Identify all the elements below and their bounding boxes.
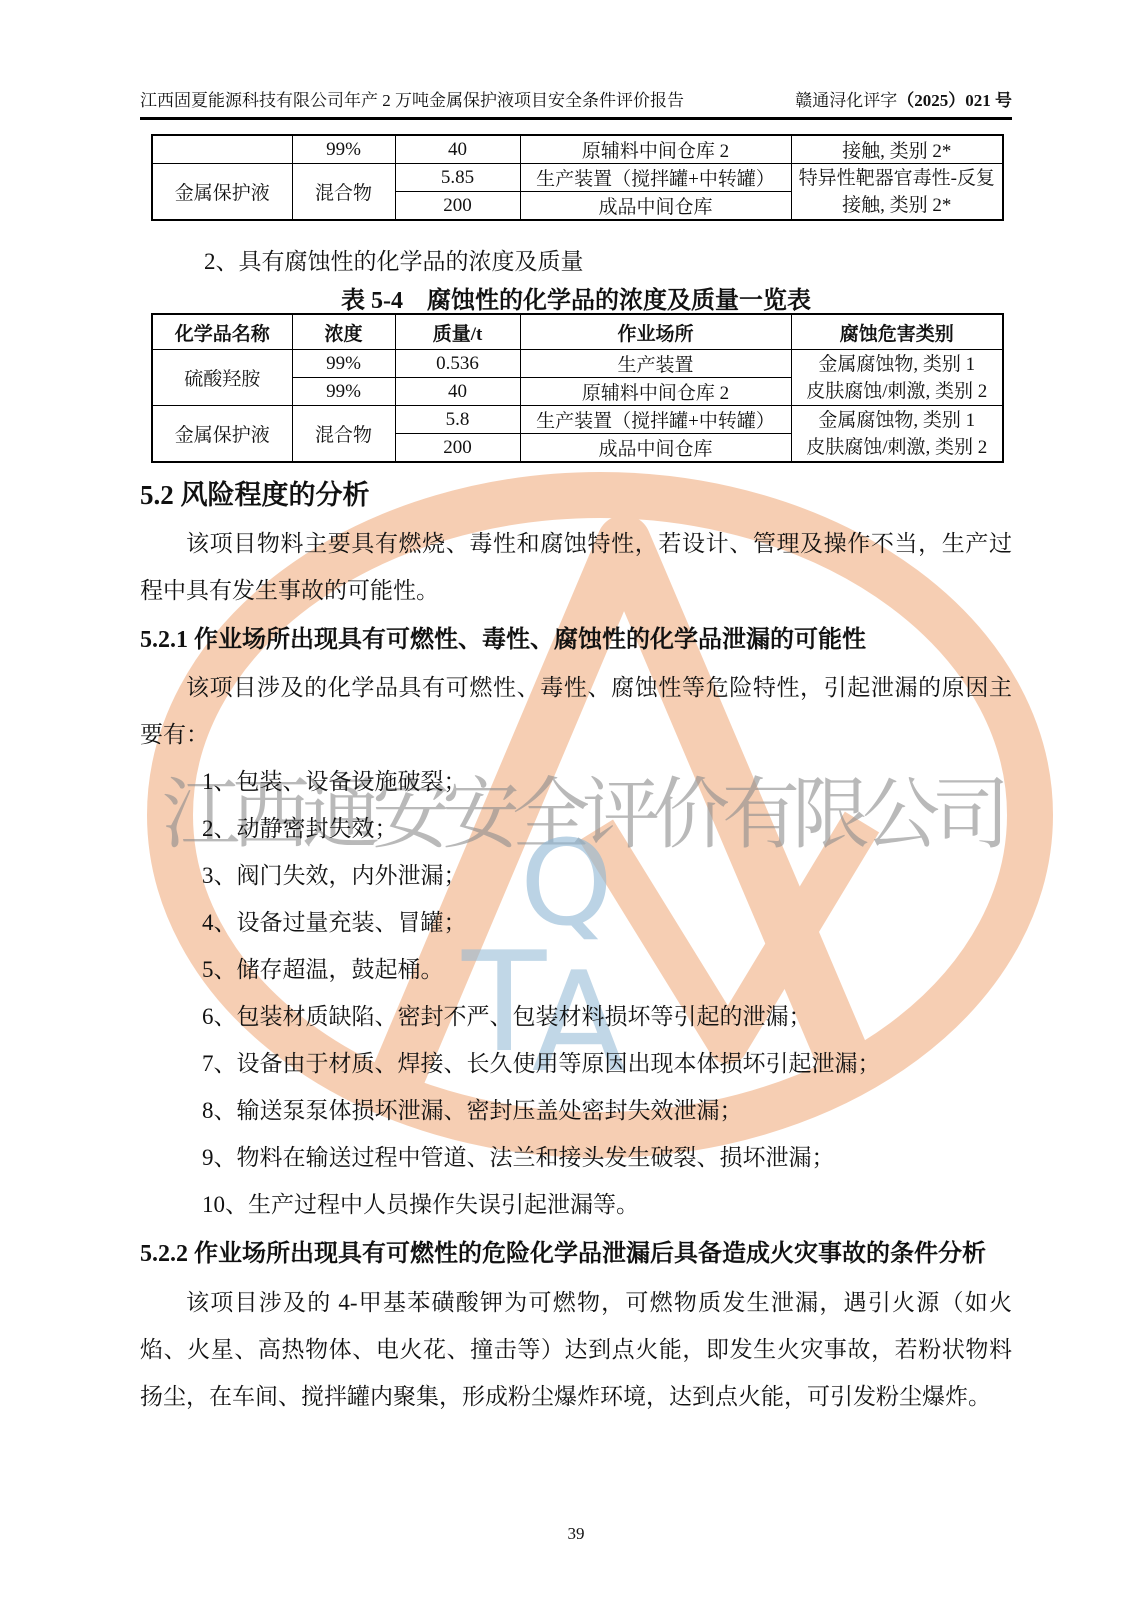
document-number-prefix: 赣通浔化评字 bbox=[795, 91, 897, 110]
hazard-line-2: 接触, 类别 2* bbox=[794, 192, 1001, 219]
cell-hazard: 金属腐蚀物, 类别 1 皮肤腐蚀/刺激, 类别 2 bbox=[791, 406, 1003, 463]
leak-cause-list: 1、包装、设备设施破裂； 2、动静密封失效； 3、阀门失效，内外泄漏； 4、设备… bbox=[140, 758, 1012, 1228]
cell-location: 原辅料中间仓库 2 bbox=[520, 378, 791, 406]
cell-mass: 40 bbox=[395, 378, 520, 406]
header-hazard: 腐蚀危害类别 bbox=[791, 314, 1003, 350]
section-5-2-1-paragraph: 该项目涉及的化学品具有可燃性、毒性、腐蚀性等危险特性，引起泄漏的原因主要有： bbox=[140, 664, 1012, 758]
table-row: 99% 40 原辅料中间仓库 2 接触, 类别 2* bbox=[152, 135, 1003, 164]
list-item: 2、动静密封失效； bbox=[140, 805, 1012, 852]
cell-hazard: 特异性靶器官毒性-反复 接触, 类别 2* bbox=[791, 164, 1003, 221]
list-item: 9、物料在输送过程中管道、法兰和接头发生破裂、损坏泄漏； bbox=[140, 1134, 1012, 1181]
list-item: 3、阀门失效，内外泄漏； bbox=[140, 852, 1012, 899]
hazard-line-1: 金属腐蚀物, 类别 1 bbox=[794, 351, 1001, 378]
section-5-2-heading: 5.2 风险程度的分析 bbox=[140, 478, 1012, 512]
document-number-value: （2025）021 号 bbox=[897, 91, 1012, 110]
body-text: 5.2 风险程度的分析 该项目物料主要具有燃烧、毒性和腐蚀特性，若设计、管理及操… bbox=[140, 478, 1012, 1420]
cell-location: 生产装置（搅拌罐+中转罐） bbox=[520, 164, 791, 192]
corrosive-section-lead: 2、具有腐蚀性的化学品的浓度及质量 bbox=[140, 243, 1012, 276]
cell-chemical-name: 金属保护液 bbox=[152, 164, 292, 221]
table-row: 硫酸羟胺 99% 0.536 生产装置 金属腐蚀物, 类别 1 皮肤腐蚀/刺激,… bbox=[152, 350, 1003, 378]
table-row: 金属保护液 混合物 5.85 生产装置（搅拌罐+中转罐） 特异性靶器官毒性-反复… bbox=[152, 164, 1003, 192]
cell-chemical-name: 金属保护液 bbox=[152, 406, 292, 463]
cell-concentration: 99% bbox=[292, 135, 395, 164]
list-item: 8、输送泵泵体损坏泄漏、密封压盖处密封失效泄漏； bbox=[140, 1087, 1012, 1134]
hazard-line-1: 金属腐蚀物, 类别 1 bbox=[794, 407, 1001, 434]
cell-concentration: 99% bbox=[292, 350, 395, 378]
cell-location: 生产装置（搅拌罐+中转罐） bbox=[520, 406, 791, 434]
hazard-line-2: 皮肤腐蚀/刺激, 类别 2 bbox=[794, 378, 1001, 405]
cell-concentration: 混合物 bbox=[292, 406, 395, 463]
cell-mass: 200 bbox=[395, 434, 520, 463]
document-content: 江西固夏能源科技有限公司年产 2 万吨金属保护液项目安全条件评价报告 赣通浔化评… bbox=[0, 0, 1131, 1600]
document-number: 赣通浔化评字（2025）021 号 bbox=[795, 86, 1012, 111]
table-5-4-caption: 表 5-4 腐蚀性的化学品的浓度及质量一览表 bbox=[140, 280, 1012, 315]
cell-mass: 200 bbox=[395, 192, 520, 221]
cell-mass: 5.85 bbox=[395, 164, 520, 192]
cell-mass: 0.536 bbox=[395, 350, 520, 378]
header-mass: 质量/t bbox=[395, 314, 520, 350]
cell-hazard: 金属腐蚀物, 类别 1 皮肤腐蚀/刺激, 类别 2 bbox=[791, 350, 1003, 406]
header-chemical-name: 化学品名称 bbox=[152, 314, 292, 350]
cell-concentration: 混合物 bbox=[292, 164, 395, 221]
hazard-line-2: 皮肤腐蚀/刺激, 类别 2 bbox=[794, 434, 1001, 461]
hazard-line-1: 特异性靶器官毒性-反复 bbox=[794, 165, 1001, 192]
table-row: 金属保护液 混合物 5.8 生产装置（搅拌罐+中转罐） 金属腐蚀物, 类别 1 … bbox=[152, 406, 1003, 434]
toxicity-table-continued: 99% 40 原辅料中间仓库 2 接触, 类别 2* 金属保护液 混合物 5.8… bbox=[151, 134, 1004, 221]
cell-chemical-name: 硫酸羟胺 bbox=[152, 350, 292, 406]
table-header-row: 化学品名称 浓度 质量/t 作业场所 腐蚀危害类别 bbox=[152, 314, 1003, 350]
section-5-2-1-heading: 5.2.1 作业场所出现具有可燃性、毒性、腐蚀性的化学品泄漏的可能性 bbox=[140, 616, 1012, 664]
page-number: 39 bbox=[140, 1524, 1012, 1544]
cell-location: 原辅料中间仓库 2 bbox=[520, 135, 791, 164]
header-concentration: 浓度 bbox=[292, 314, 395, 350]
cell-mass: 5.8 bbox=[395, 406, 520, 434]
page-header: 江西固夏能源科技有限公司年产 2 万吨金属保护液项目安全条件评价报告 赣通浔化评… bbox=[140, 86, 1012, 120]
table-5-4: 化学品名称 浓度 质量/t 作业场所 腐蚀危害类别 硫酸羟胺 99% 0.536… bbox=[151, 313, 1004, 463]
list-item: 7、设备由于材质、焊接、长久使用等原因出现本体损坏引起泄漏； bbox=[140, 1040, 1012, 1087]
report-title: 江西固夏能源科技有限公司年产 2 万吨金属保护液项目安全条件评价报告 bbox=[140, 86, 684, 111]
document-page: 江西通安安全评价有限公司 Q TA 江西固夏能源科技有限公司年产 2 万吨金属保… bbox=[0, 0, 1131, 1600]
list-item: 4、设备过量充装、冒罐； bbox=[140, 899, 1012, 946]
cell-mass: 40 bbox=[395, 135, 520, 164]
section-5-2-paragraph: 该项目物料主要具有燃烧、毒性和腐蚀特性，若设计、管理及操作不当，生产过程中具有发… bbox=[140, 520, 1012, 614]
list-item: 5、储存超温，鼓起桶。 bbox=[140, 946, 1012, 993]
list-item: 1、包装、设备设施破裂； bbox=[140, 758, 1012, 805]
cell-name-empty bbox=[152, 135, 292, 164]
section-5-2-2-paragraph: 该项目涉及的 4-甲基苯磺酸钾为可燃物，可燃物质发生泄漏，遇引火源（如火焰、火星… bbox=[140, 1279, 1012, 1420]
cell-location: 成品中间仓库 bbox=[520, 192, 791, 221]
cell-concentration: 99% bbox=[292, 378, 395, 406]
cell-location: 生产装置 bbox=[520, 350, 791, 378]
cell-location: 成品中间仓库 bbox=[520, 434, 791, 463]
header-location: 作业场所 bbox=[520, 314, 791, 350]
section-5-2-2-heading: 5.2.2 作业场所出现具有可燃性的危险化学品泄漏后具备造成火灾事故的条件分析 bbox=[140, 1230, 1012, 1279]
list-item: 10、生产过程中人员操作失误引起泄漏等。 bbox=[140, 1181, 1012, 1228]
list-item: 6、包装材质缺陷、密封不严、包装材料损坏等引起的泄漏； bbox=[140, 993, 1012, 1040]
cell-hazard: 接触, 类别 2* bbox=[791, 135, 1003, 164]
